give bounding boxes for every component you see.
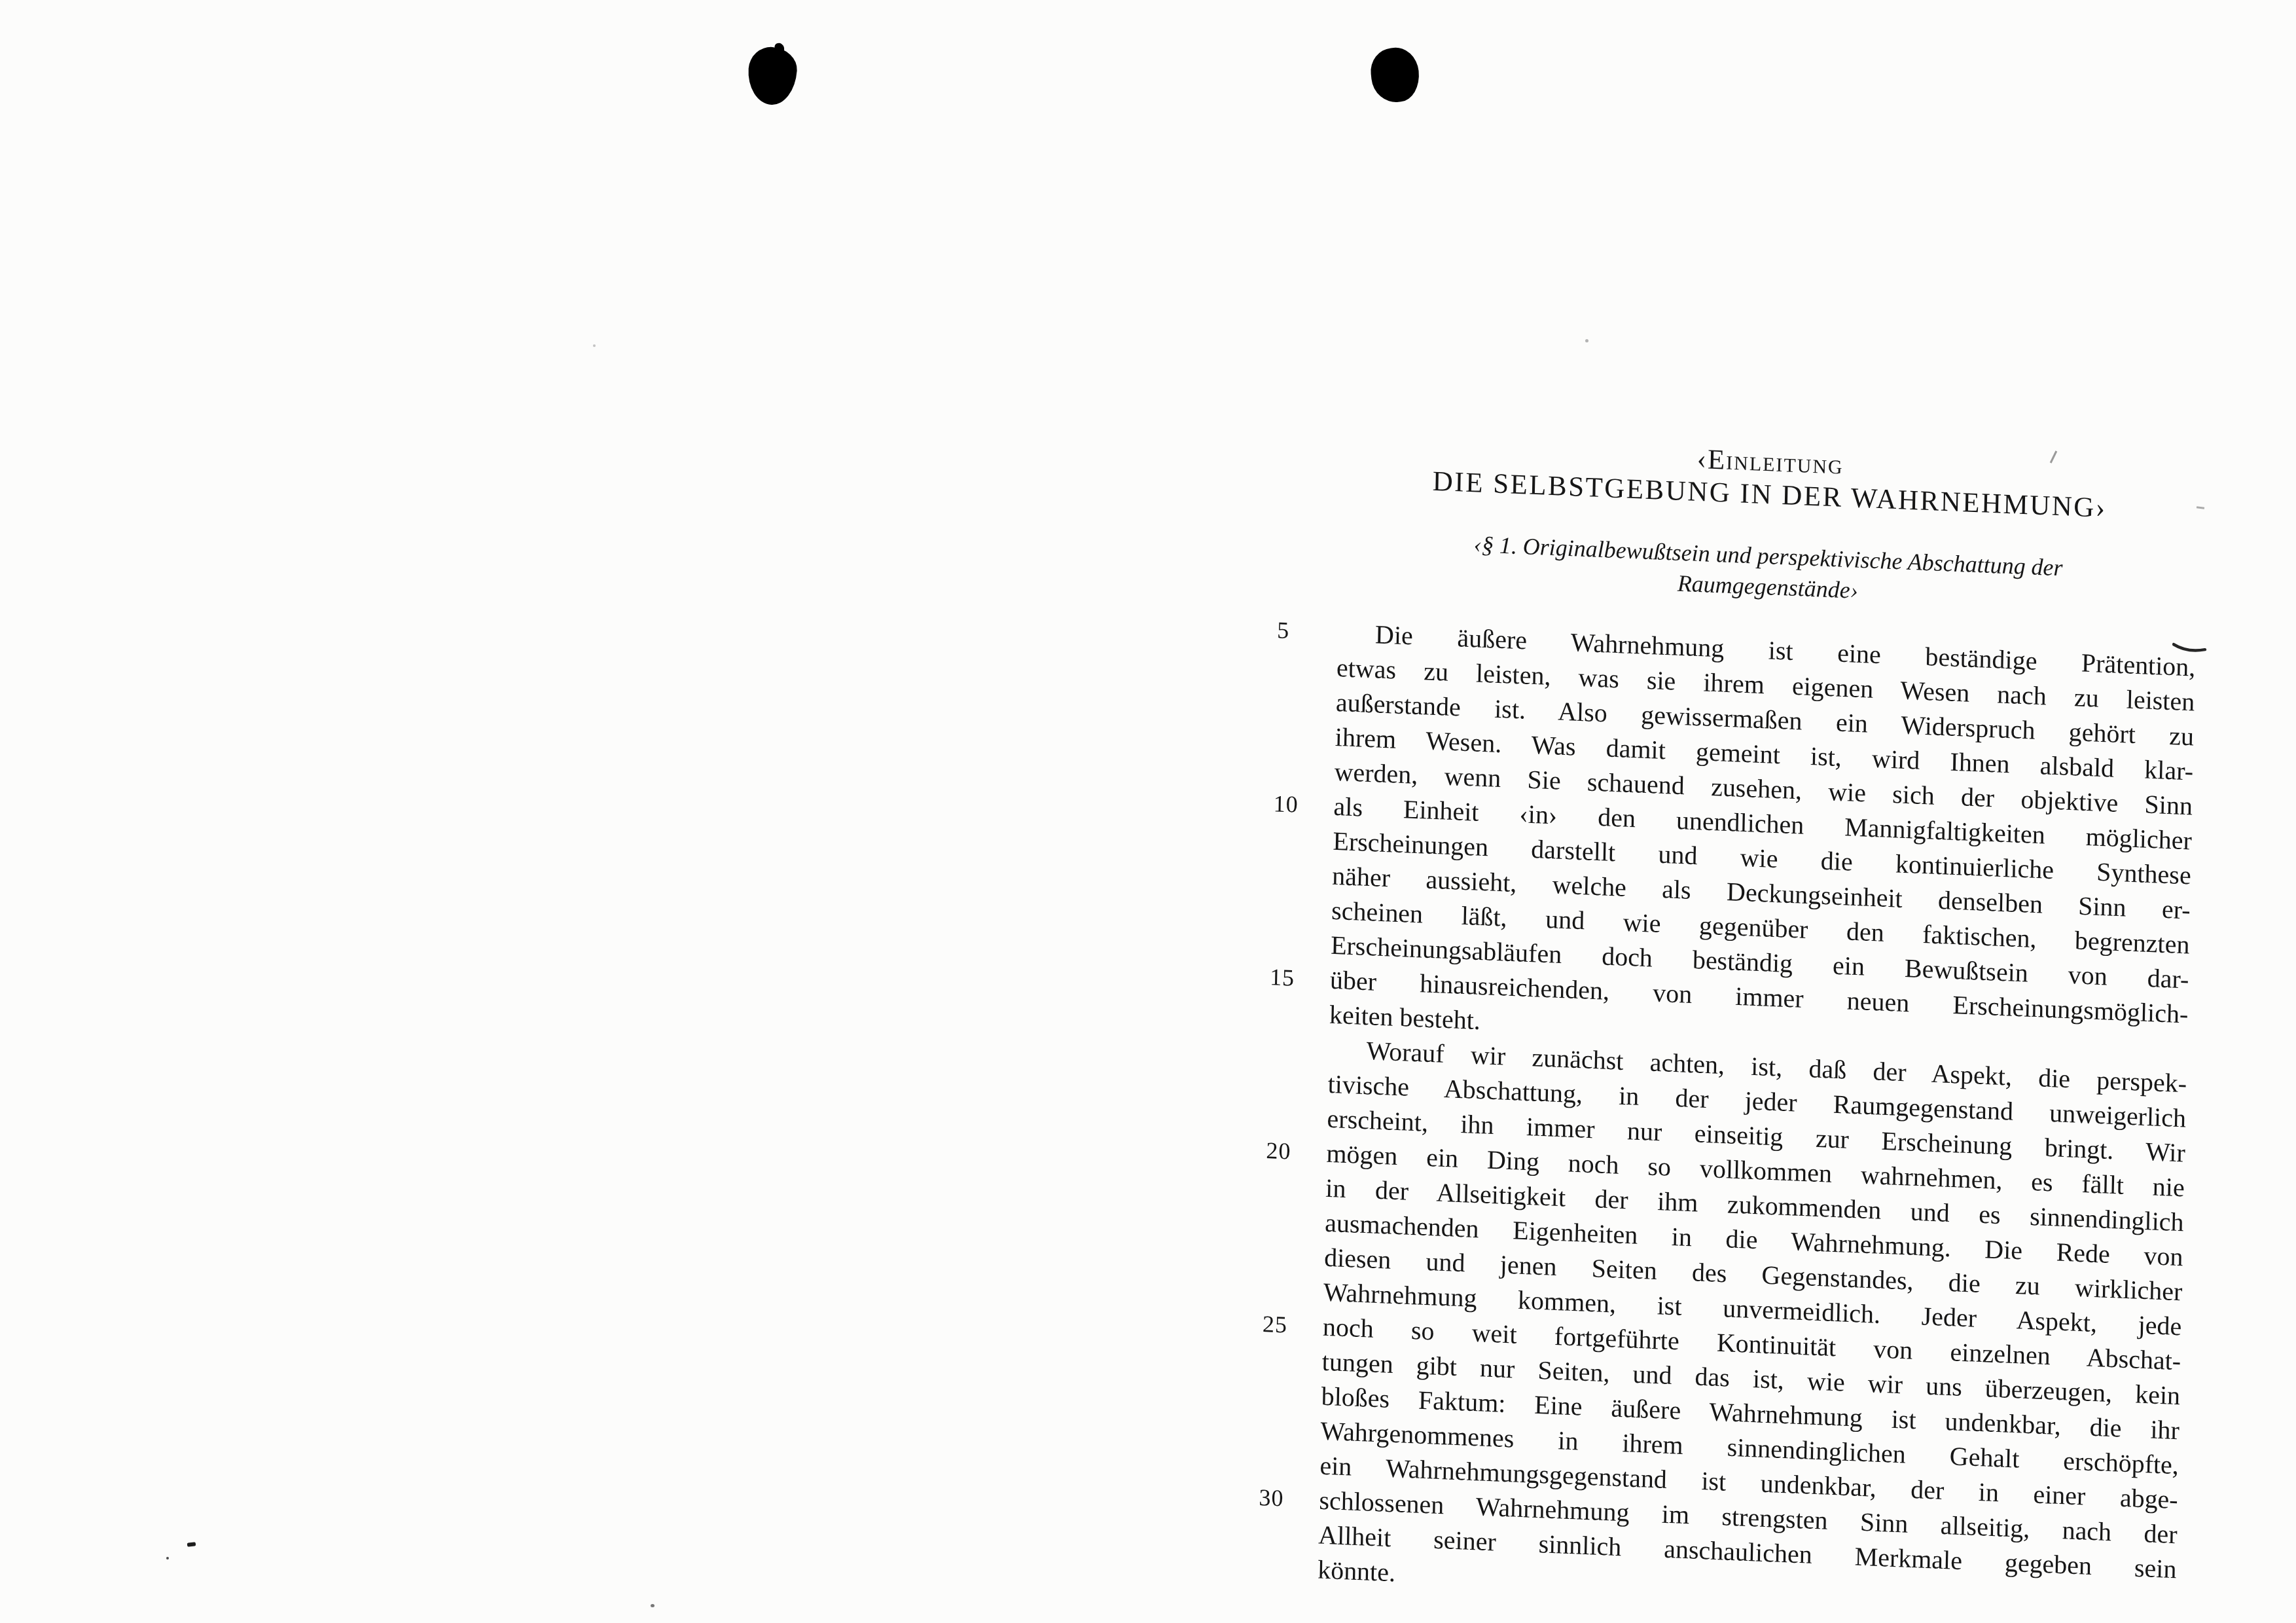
line-number xyxy=(1272,856,1314,858)
line-number xyxy=(1274,752,1316,754)
line-number xyxy=(1276,682,1318,684)
line-number xyxy=(1265,1237,1306,1239)
line-number: 10 xyxy=(1273,786,1316,823)
line-number xyxy=(1275,717,1317,719)
line-number: 30 xyxy=(1259,1480,1301,1517)
line-number: 25 xyxy=(1262,1307,1304,1343)
page-content: ‹Einleitung DIE SELBSTGEBUNG IN DER WAHR… xyxy=(1318,419,2200,1621)
line-number xyxy=(1260,1446,1302,1448)
scanned-page: ‹Einleitung DIE SELBSTGEBUNG IN DER WAHR… xyxy=(0,0,2296,1623)
line-number xyxy=(1268,1064,1310,1066)
line-number: 15 xyxy=(1270,960,1312,996)
line-number xyxy=(1261,1411,1302,1413)
line-number xyxy=(1271,925,1313,927)
body-text: 5 Die äußere Wahrnehmung ist eine bestän… xyxy=(1318,615,2196,1621)
line-number xyxy=(1267,1099,1309,1101)
ink-blot-left-icon xyxy=(746,46,798,107)
handwritten-curve-mark-icon xyxy=(2172,640,2208,657)
section-heading: ‹§ 1. Originalbewußtsein und perspektivi… xyxy=(1338,524,2198,620)
line-number xyxy=(1258,1550,1300,1552)
line-number: 5 xyxy=(1277,613,1319,649)
line-number xyxy=(1261,1376,1303,1378)
scan-speck xyxy=(166,1557,169,1559)
ink-blot-right-icon xyxy=(1369,45,1422,104)
line-number: 20 xyxy=(1266,1133,1308,1170)
line-number xyxy=(1272,890,1314,892)
line-number xyxy=(1265,1203,1307,1205)
line-text: könnte. xyxy=(1318,1555,1396,1588)
line-number xyxy=(1268,1029,1310,1031)
line-text: keiten besteht. xyxy=(1329,1000,1480,1035)
scan-speck xyxy=(1585,339,1588,342)
scan-speck xyxy=(651,1604,655,1607)
line-number xyxy=(1264,1272,1306,1274)
scan-speck xyxy=(187,1542,196,1546)
scan-speck xyxy=(593,344,596,347)
